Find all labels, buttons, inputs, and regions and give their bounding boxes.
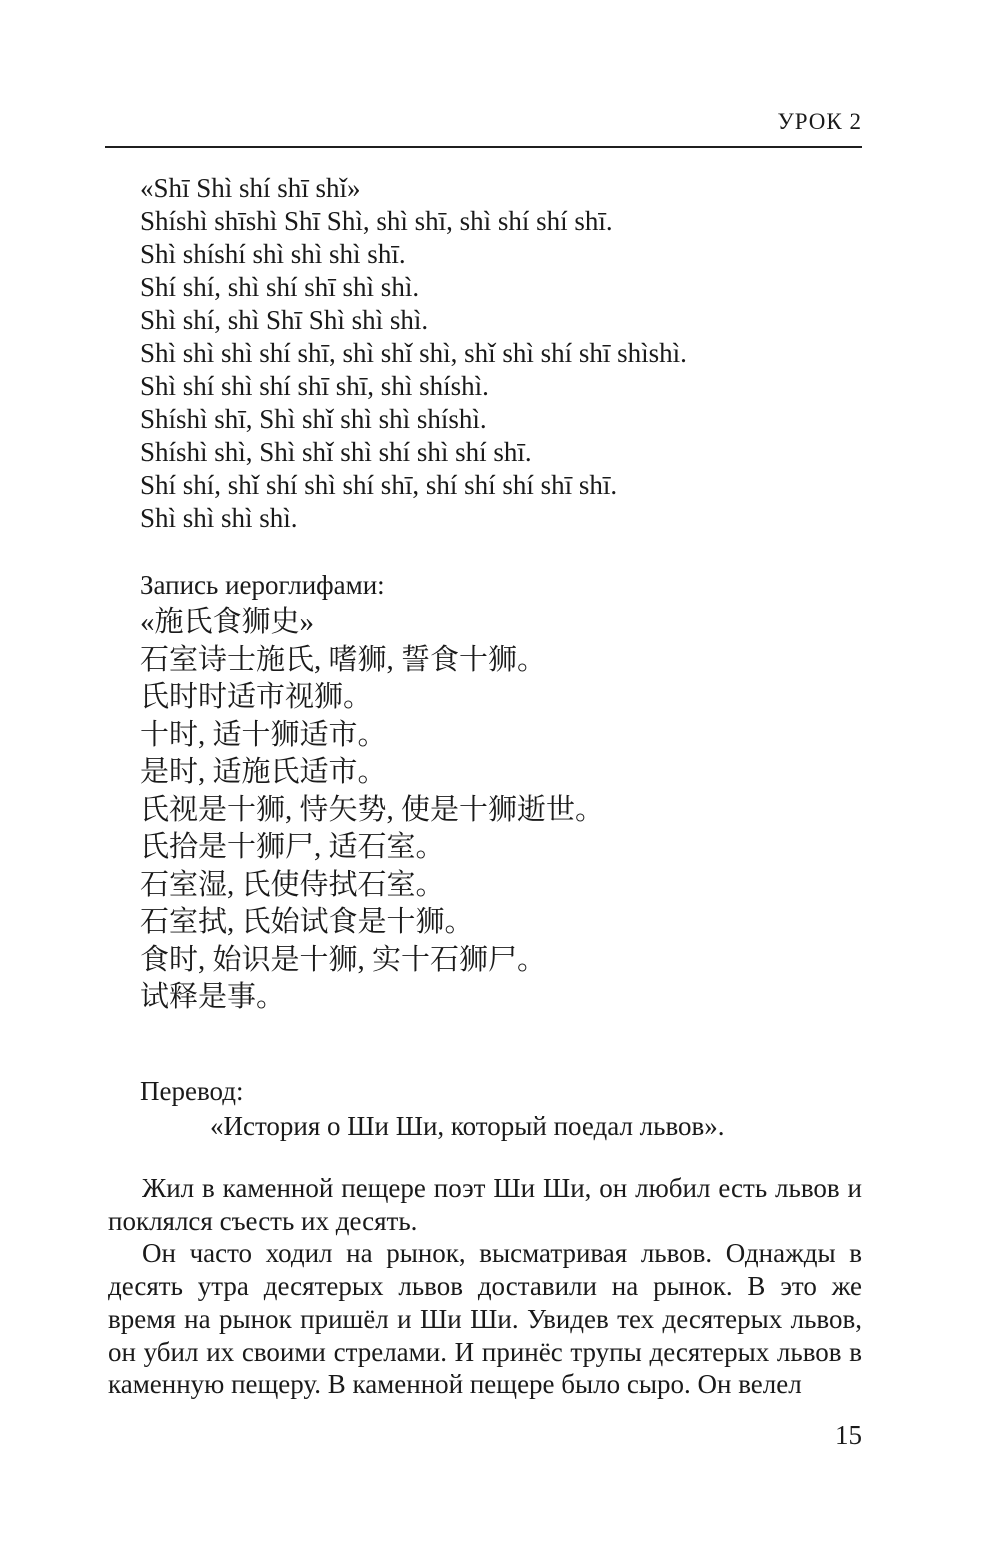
pinyin-line: Shì shíshí shì shì shì shī. [140,238,687,271]
translation-paragraph: Жил в каменной пещере поэт Ши Ши, он люб… [108,1172,862,1237]
pinyin-line: Shíshì shī, Shì shǐ shì shì shíshì. [140,403,687,436]
hanzi-line: 石室拭, 氏始试食是十狮。 [140,904,604,942]
pinyin-line: Shì shì shì shì. [140,502,687,535]
pinyin-line: Shíshì shīshì Shī Shì, shì shī, shì shí … [140,205,687,238]
hanzi-line: 石室诗士施氏, 嗜狮, 誓食十狮。 [140,642,604,680]
story-title: «История о Ши Ши, который поедал львов». [108,1109,862,1144]
pinyin-line: Shì shí shì shí shī shī, shì shíshì. [140,370,687,403]
pinyin-line: Shí shí, shǐ shí shì shí shī, shí shí sh… [140,469,687,502]
lesson-heading: УРОК 2 [777,109,862,134]
book-page: УРОК 2 «Shī Shì shí shī shǐ» Shíshì shīs… [0,0,1000,1552]
hanzi-line: 食时, 始识是十狮, 实十石狮尸。 [140,942,604,980]
hanzi-line: 氏视是十狮, 恃矢势, 使是十狮逝世。 [140,792,604,830]
translation-paragraph: Он часто ходил на рынок, высматривая льв… [108,1237,862,1401]
hanzi-title: «施氏食狮史» [140,604,604,642]
translation-label: Перевод: [108,1074,862,1109]
pinyin-title: «Shī Shì shí shī shǐ» [140,172,687,205]
hanzi-line: 是时, 适施氏适市。 [140,754,604,792]
hieroglyph-section: Запись иероглифами: «施氏食狮史» 石室诗士施氏, 嗜狮, … [140,566,604,1017]
pinyin-line: Shíshì shì, Shì shǐ shì shí shì shí shī. [140,436,687,469]
hieroglyph-label: Запись иероглифами: [140,566,604,604]
pinyin-line: Shí shí, shì shí shī shì shì. [140,271,687,304]
page-header: УРОК 2 [108,109,862,135]
page-number: 15 [108,1420,862,1451]
pinyin-line: Shì shí, shì Shī Shì shì shì. [140,304,687,337]
hanzi-line: 试释是事。 [140,979,604,1017]
hanzi-line: 氏拾是十狮尸, 适石室。 [140,829,604,867]
pinyin-line: Shì shì shì shí shī, shì shǐ shì, shǐ sh… [140,337,687,370]
hanzi-line: 十时, 适十狮适市。 [140,717,604,755]
hanzi-line: 石室湿, 氏使侍拭石室。 [140,867,604,905]
header-rule [105,146,862,148]
pinyin-poem: «Shī Shì shí shī shǐ» Shíshì shīshì Shī … [140,172,687,535]
translation-section: Перевод: «История о Ши Ши, который поеда… [108,1074,862,1401]
hanzi-line: 氏时时适市视狮。 [140,679,604,717]
